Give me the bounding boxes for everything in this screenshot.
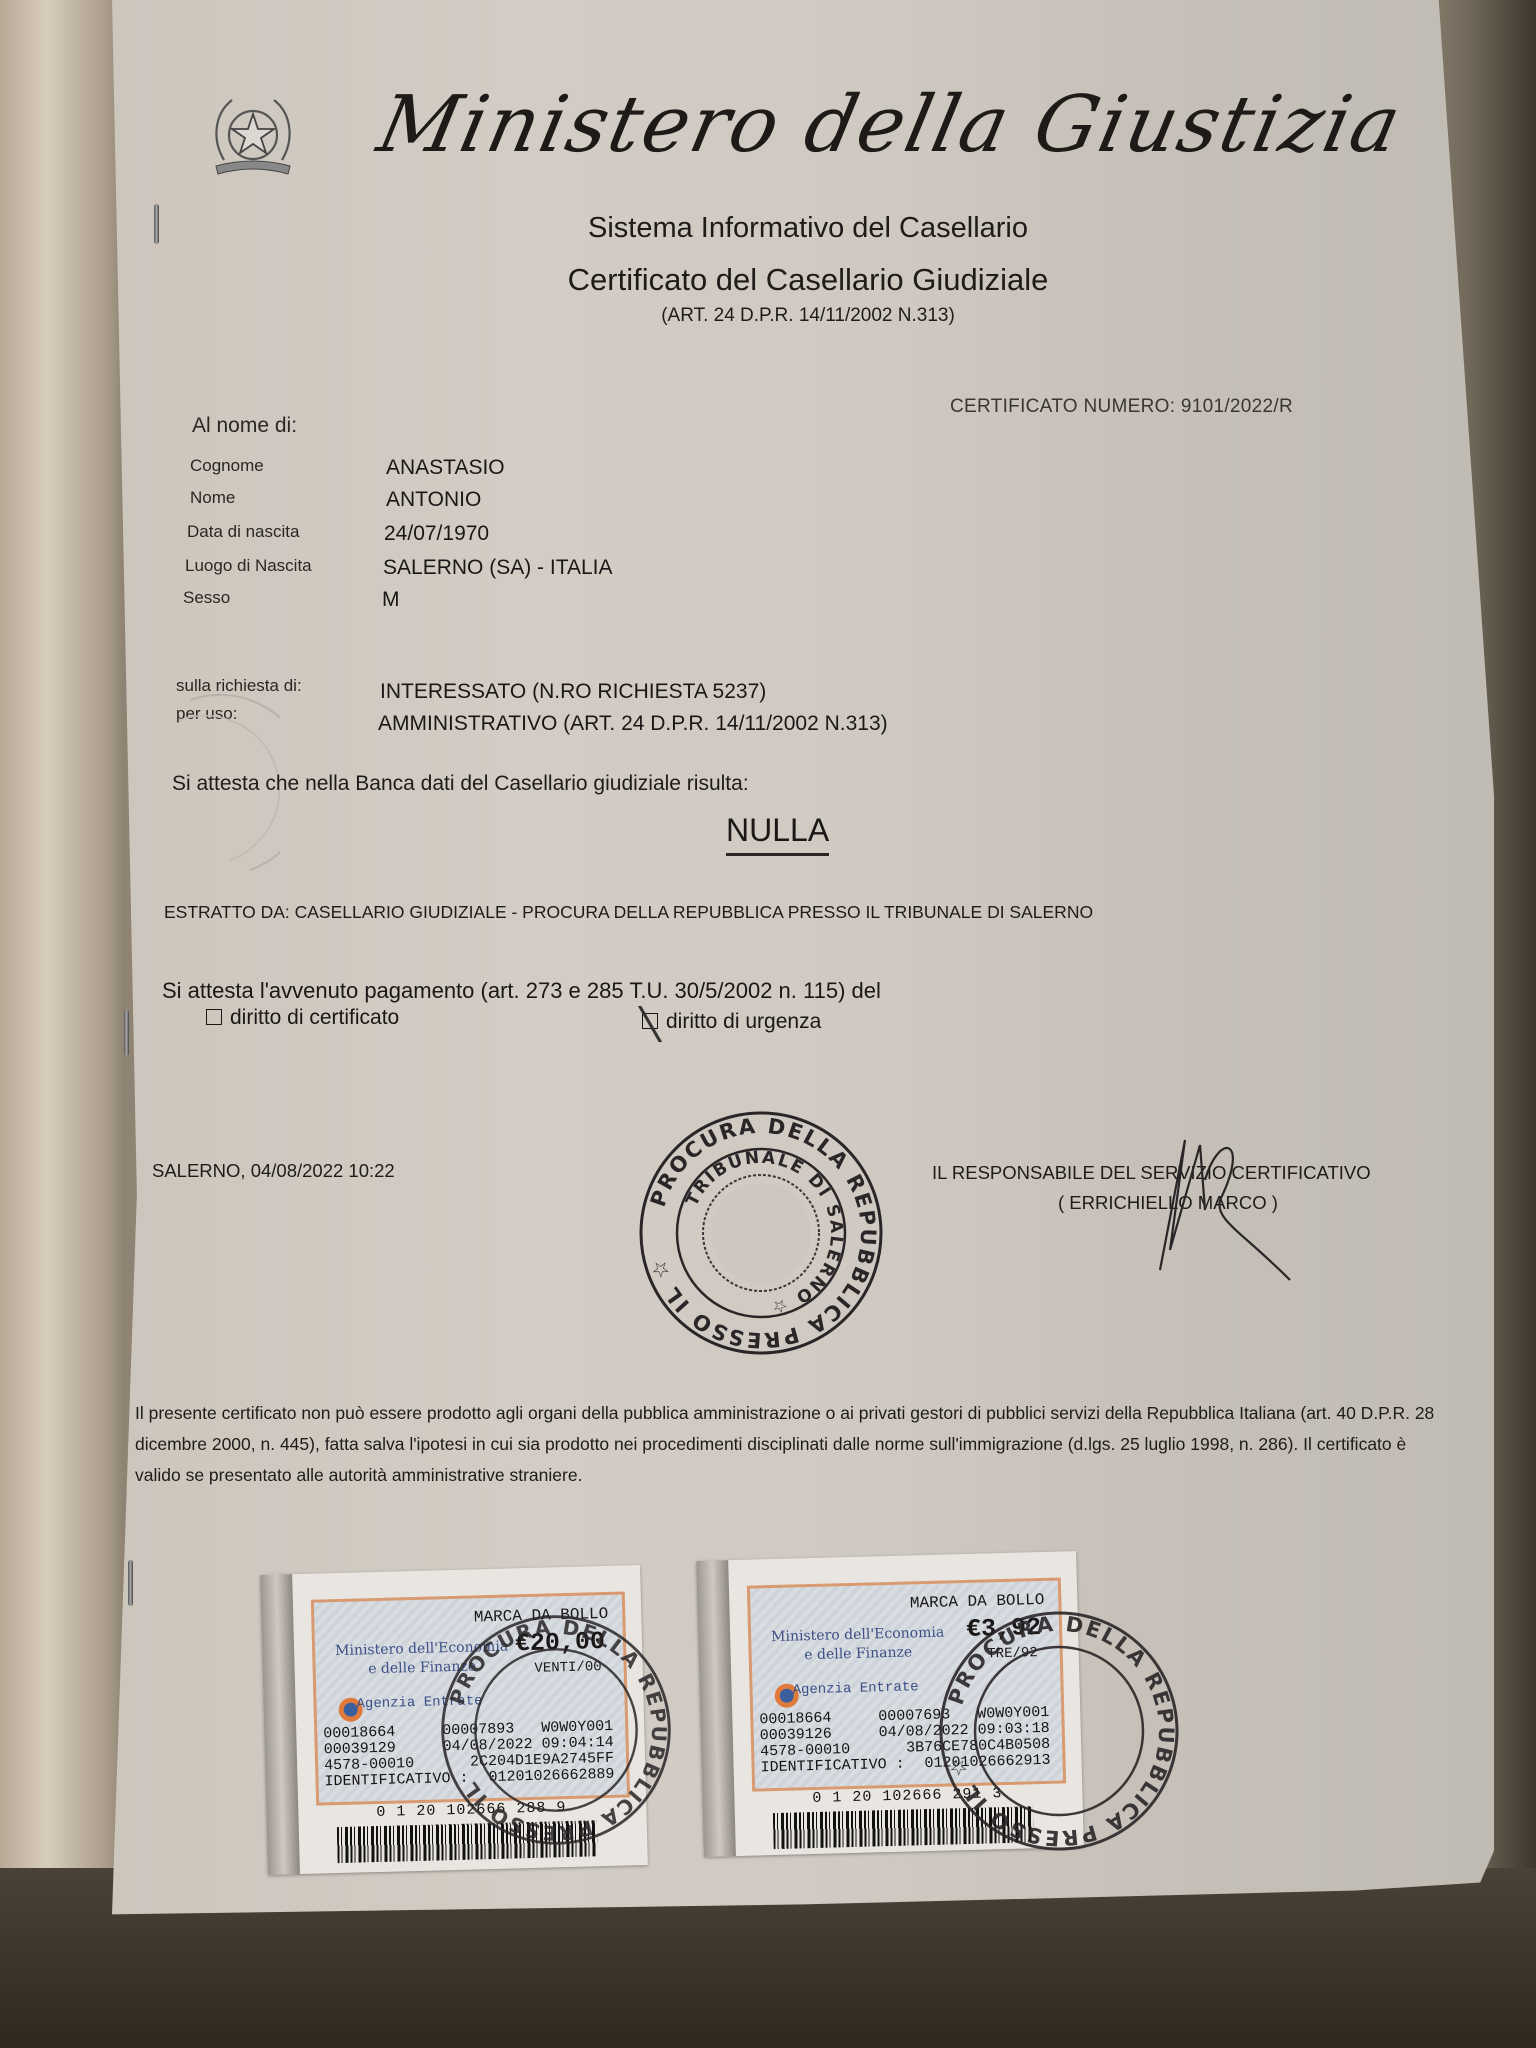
- place-date: SALERNO, 04/08/2022 10:22: [152, 1160, 395, 1182]
- field-value-sex: M: [382, 588, 400, 612]
- cancellation-seal-icon: PROCURA DELLA REPUBBLICA PRESSO IL: [436, 1610, 676, 1850]
- field-value-birthplace: SALERNO (SA) - ITALIA: [383, 556, 613, 580]
- field-label-surname: Cognome: [190, 456, 264, 476]
- stamp-agency: Agenzia Entrate: [792, 1680, 918, 1697]
- field-value-name: ANTONIO: [386, 488, 481, 512]
- field-label-name: Nome: [190, 488, 235, 508]
- requested-by-value: INTERESSATO (N.RO RICHIESTA 5237): [380, 680, 766, 704]
- checkbox-certificate-fee[interactable]: diritto di certificato: [206, 1006, 399, 1030]
- field-label-sex: Sesso: [183, 588, 230, 608]
- result-statement: Si attesta che nella Banca dati del Case…: [172, 772, 749, 796]
- checkbox-checked[interactable]: [642, 1013, 658, 1029]
- field-label-birthdate: Data di nascita: [187, 522, 299, 542]
- subject-heading: Al nome di:: [192, 414, 297, 438]
- extracted-from: ESTRATTO DA: CASELLARIO GIUDIZIALE - PRO…: [164, 902, 1093, 923]
- italian-republic-emblem-icon: [210, 90, 296, 184]
- system-title: Sistema Informativo del Casellario: [40, 212, 1536, 245]
- checkbox-urgency-fee[interactable]: diritto di urgenza: [642, 1010, 821, 1034]
- legal-disclaimer: Il presente certificato non può essere p…: [135, 1398, 1435, 1491]
- stamp-issuer: Ministero dell'Economiae delle Finanze: [771, 1624, 945, 1667]
- ministry-title: Ministero della Giustizia: [370, 80, 1329, 170]
- field-value-birthdate: 24/07/1970: [384, 522, 489, 546]
- field-label-birthplace: Luogo di Nascita: [185, 556, 312, 576]
- payment-statement: Si attesta l'avvenuto pagamento (art. 27…: [162, 978, 881, 1004]
- certificate-number: CERTIFICATO NUMERO: 9101/2022/R: [950, 396, 1293, 418]
- official-seal-icon: PROCURA DELLA REPUBBLICA PRESSO IL ☆ TRI…: [636, 1108, 886, 1358]
- field-value-surname: ANASTASIO: [386, 456, 505, 480]
- cancellation-seal-icon: PROCURA DELLA REPUBBLICA PRESSO IL ☆: [934, 1606, 1184, 1856]
- stamp-tape: [260, 1574, 300, 1875]
- stamp-tape: [696, 1560, 736, 1857]
- result-value: NULLA: [726, 812, 829, 856]
- staple: [128, 1560, 133, 1606]
- legal-reference: (ART. 24 D.P.R. 14/11/2002 N.313): [40, 305, 1536, 327]
- use-value: AMMINISTRATIVO (ART. 24 D.P.R. 14/11/200…: [378, 712, 888, 736]
- checkbox-unchecked[interactable]: [206, 1009, 222, 1025]
- document-title: Certificato del Casellario Giudiziale: [40, 262, 1536, 298]
- staple: [124, 1010, 129, 1056]
- handwritten-signature: [1130, 1120, 1310, 1290]
